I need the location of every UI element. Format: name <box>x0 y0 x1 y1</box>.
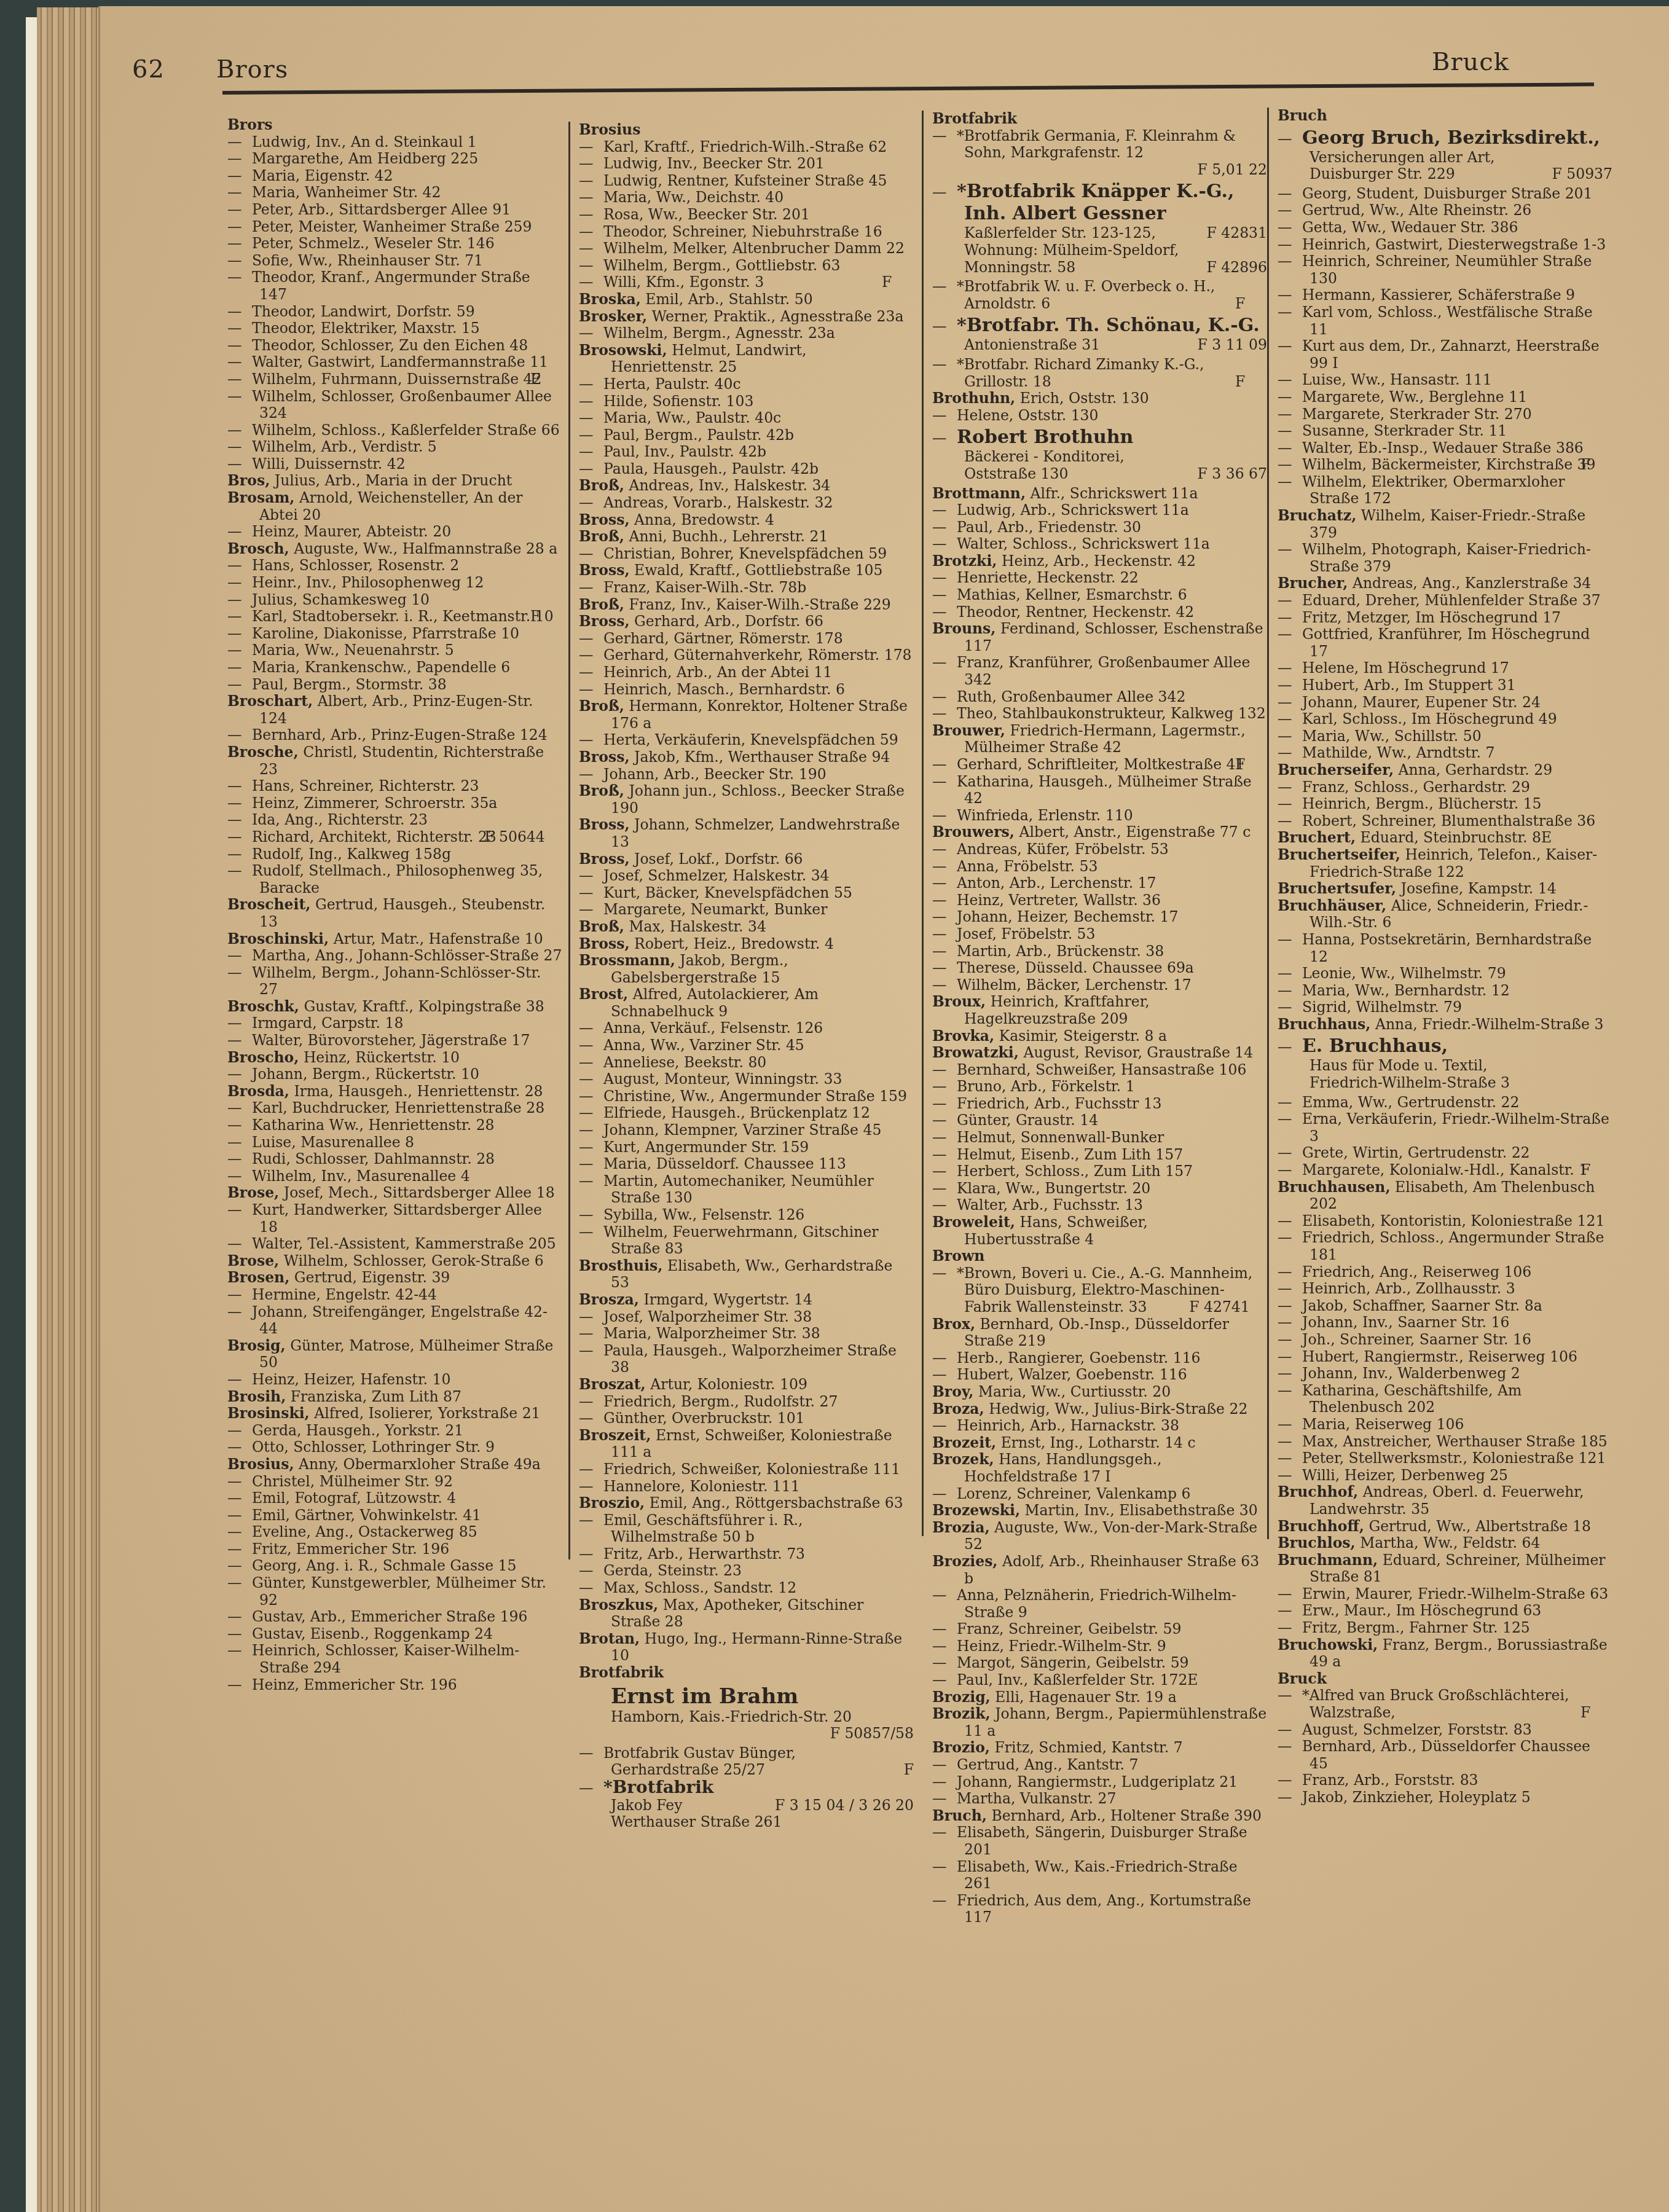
surname: Broza, <box>932 1400 984 1418</box>
ditto-dash: — <box>1278 610 1302 627</box>
entry-text: Anna, Gerhardstr. 29 <box>1394 761 1552 779</box>
ditto-dash: — <box>227 235 252 253</box>
list-item: —Katharina, Geschäftshilfe, Am Thelenbus… <box>1278 1382 1612 1416</box>
list-item: —Rosa, Ww., Beecker Str. 201 <box>579 206 914 224</box>
entry-text: Anna, Bredowstr. 4 <box>630 511 774 528</box>
surname-heading: Brown <box>932 1248 1267 1265</box>
ad-home: Wohnung: Mülheim-Speldorf, <box>932 242 1267 259</box>
entry-text: Alfred, Isolierer, Yorkstraße 21 <box>310 1405 541 1422</box>
entry-text: Walter, Eb.-Insp., Wedauer Straße 386 <box>1302 439 1584 457</box>
entry-text: Hermann, Kassierer, Schäferstraße 9 <box>1302 286 1575 304</box>
phone: F 42896 <box>1206 259 1267 276</box>
entry-text: Fritz, Emmericher Str. 196 <box>252 1540 449 1558</box>
list-item: Gerhardstraße 25/27F <box>579 1762 914 1779</box>
surname: Brosius, <box>227 1456 294 1473</box>
list-item: Brozik, Johann, Bergm., Papiermühlenstra… <box>932 1706 1267 1739</box>
list-item: Broschart, Albert, Arb., Prinz-Eugen-Str… <box>227 693 562 727</box>
ditto-dash: — <box>227 1236 252 1253</box>
list-item: —Ludwig, Inv., Beecker Str. 201 <box>579 155 914 173</box>
list-item: —Hannelore, Koloniestr. 111 <box>579 1478 914 1496</box>
surname: Broszat, <box>579 1376 646 1393</box>
ditto-dash: — <box>1278 711 1302 728</box>
entry-text: Josef, Schmelzer, Halskestr. 34 <box>603 867 830 884</box>
list-item: —Martha, Vulkanstr. 27 <box>932 1790 1267 1808</box>
list-item: —Bernhard, Arb., Düsseldorfer Chaussee 4… <box>1278 1738 1612 1772</box>
ditto-dash: — <box>1278 1433 1302 1451</box>
list-item: Brossmann, Jakob, Bergm., Gabelsbergerst… <box>579 952 914 986</box>
entry-text: Theodor, Rentner, Heckenstr. 42 <box>957 603 1194 621</box>
list-item: —Margot, Sängerin, Geibelstr. 59 <box>932 1655 1267 1672</box>
ditto-dash: — <box>1278 694 1302 712</box>
entry-text: Kurt aus dem, Dr., Zahnarzt, Heerstraße … <box>1302 337 1600 372</box>
list-item: —Wilhelm, Melker, Altenbrucher Damm 22 <box>579 240 914 257</box>
ditto-dash: — <box>932 1129 957 1147</box>
list-item: Brouwer, Friedrich-Hermann, Lagermstr., … <box>932 723 1267 756</box>
entry-text: Franz, Kaiser-Wilh.-Str. 78b <box>603 579 806 596</box>
ad-address: Friedrich-Wilhelm-Straße 3 <box>1278 1075 1612 1092</box>
list-item: Broß, Andreas, Inv., Halskestr. 34 <box>579 477 914 495</box>
phone: F 50937 <box>1552 166 1612 183</box>
list-item: Bruchmann, Eduard, Schreiner, Mülheimer … <box>1278 1552 1612 1586</box>
ditto-dash: — <box>579 1325 603 1343</box>
entry-text: Josef, Walporzheimer Str. 38 <box>603 1308 812 1325</box>
list-item: Brox, Bernhard, Ob.-Insp., Düsseldorfer … <box>932 1316 1267 1350</box>
surname: Brozek, <box>932 1451 994 1468</box>
entry-text: Friedrich, Ang., Reiserweg 106 <box>1302 1263 1531 1281</box>
list-item: —Julius, Schamkesweg 10 <box>227 592 562 609</box>
list-item: —Franz, Schloss., Gerhardstr. 29 <box>1278 779 1612 796</box>
entry-text: Heinrich, Schreiner, Neumühler Straße 13… <box>1302 253 1592 287</box>
entry-text: Günter, Kunstgewerbler, Mülheimer Str. 9… <box>252 1574 546 1609</box>
phone: F 3 15 04 / 3 26 20 <box>775 1797 914 1814</box>
ditto-dash: — <box>227 371 252 388</box>
ad-title: *Brotfabr. Th. Schönau, K.-G. <box>957 315 1260 336</box>
entry-text: Maria, Ww., Neuenahrstr. 5 <box>252 641 454 659</box>
list-item: —Christian, Bohrer, Knevelspfädchen 59 <box>579 546 914 563</box>
list-item: —Kurt, Handwerker, Sittardsberger Allee … <box>227 1202 562 1236</box>
list-item: —Gertrud, Ww., Alte Rheinstr. 26 <box>1278 202 1612 219</box>
list-item: —Anna, Pelznäherin, Friedrich-Wilhelm-St… <box>932 1587 1267 1621</box>
ditto-dash: — <box>932 1265 957 1282</box>
entry-text: Susanne, Sterkrader Str. 11 <box>1302 422 1507 439</box>
list-item: —Gertrud, Ang., Kantstr. 7 <box>932 1757 1267 1774</box>
ditto-dash: — <box>579 1207 603 1224</box>
list-item: —Getta, Ww., Wedauer Str. 386 <box>1278 219 1612 237</box>
entry-text: Johann, Inv., Saarner Str. 16 <box>1302 1314 1509 1331</box>
ditto-dash: — <box>1278 1789 1302 1806</box>
surname: Broszkus, <box>579 1596 658 1614</box>
ditto-dash: — <box>1278 440 1302 457</box>
entry-text: Grete, Wirtin, Gertrudenstr. 22 <box>1302 1144 1530 1161</box>
surname: Brotan, <box>579 1630 640 1647</box>
list-item: —Willi, Kfm., Egonstr. 3F <box>579 274 914 291</box>
entry-text: Gerda, Hausgeh., Yorkstr. 21 <box>252 1422 463 1439</box>
entry-text: Winfrieda, Erlenstr. 110 <box>957 807 1133 824</box>
entry-text: Johann, Rangiermstr., Ludgeriplatz 21 <box>957 1773 1238 1790</box>
list-item: —Wilhelm, Schloss., Kaßlerfelder Straße … <box>227 422 562 439</box>
ad-e-bruchhaus: —E. Bruchhaus, Haus für Mode u. Textil, … <box>1278 1035 1612 1091</box>
ditto-dash: — <box>579 206 603 224</box>
entry-text: Wilhelm, Inv., Masurenallee 4 <box>252 1167 470 1185</box>
list-item: —Gustav, Eisenb., Roggenkamp 24 <box>227 1626 562 1643</box>
ditto-dash: — <box>932 570 957 587</box>
surname: Brosker, <box>579 308 647 325</box>
entry-text: Robert, Schreiner, Blumenthalstraße 36 <box>1302 812 1595 829</box>
list-item: —Maria, Ww., Deichstr. 40 <box>579 189 914 206</box>
surname: Brossmann, <box>579 952 675 969</box>
list-item: —Hubert, Rangiermstr., Reiserweg 106 <box>1278 1349 1612 1366</box>
list-item: —Theodor, Landwirt, Dorfstr. 59 <box>227 304 562 321</box>
entry-text: Margarete, Ww., Berglehne 11 <box>1302 388 1527 406</box>
entry-text: Walter, Tel.-Assistent, Kammerstraße 205 <box>252 1235 556 1252</box>
entry-text: Johann, Bergm., Papiermühlenstraße 11 a <box>964 1705 1266 1739</box>
list-item: —Wilhelm, Arb., Verdistr. 5 <box>227 439 562 456</box>
list-item: —Klara, Ww., Bungertstr. 20 <box>932 1180 1267 1198</box>
list-item: —Friedrich, Aus dem, Ang., Kortumstraße … <box>932 1892 1267 1926</box>
entry-text: Sigrid, Wilhelmstr. 79 <box>1302 998 1462 1016</box>
entry-text: Max, Anstreicher, Werthauser Straße 185 <box>1302 1433 1608 1450</box>
list-item: —Heinz, Vertreter, Wallstr. 36 <box>932 892 1267 909</box>
ditto-dash: — <box>579 376 603 393</box>
ditto-dash: — <box>932 1147 957 1164</box>
ditto-dash: — <box>932 1638 957 1655</box>
entry-text: Anna, Friedr.-Wilhelm-Straße 3 <box>1371 1016 1604 1033</box>
entry-text: Elfriede, Hausgeh., Brückenplatz 12 <box>603 1104 870 1121</box>
entry-text: Helene, Im Höschegrund 17 <box>1302 659 1509 677</box>
list-item: Bross, Josef, Lokf., Dorfstr. 66 <box>579 851 914 868</box>
entry-text: Hermann, Konrektor, Holtener Straße 176 … <box>611 697 908 732</box>
ad-fey: —*Brotfabrik <box>579 1779 914 1797</box>
ad-address: Antonienstraße 31 <box>964 337 1100 354</box>
list-item: —Anneliese, Beekstr. 80 <box>579 1054 914 1072</box>
list-item: —Winfrieda, Erlenstr. 110 <box>932 807 1267 825</box>
ditto-dash: — <box>932 926 957 943</box>
entry-text: Peter, Meister, Wanheimer Straße 259 <box>252 218 532 235</box>
entry-text: Emil, Fotograf, Lützowstr. 4 <box>252 1489 456 1507</box>
list-item: —Ruth, Großenbaumer Allee 342 <box>932 689 1267 706</box>
list-item: —Emil, Gärtner, Vohwinkelstr. 41 <box>227 1507 562 1524</box>
ditto-dash: — <box>932 960 957 977</box>
entry-text: Friedrich, Bergm., Rudolfstr. 27 <box>603 1393 838 1410</box>
entry-text: Klara, Ww., Bungertstr. 20 <box>957 1180 1150 1197</box>
ditto-dash: — <box>579 1410 603 1427</box>
entry-text: Friedrich, Schweißer, Koloniestraße 111 <box>603 1461 900 1478</box>
entry-text: Lorenz, Schreiner, Valenkamp 6 <box>957 1485 1190 1502</box>
entry-text: Margarete, Neumarkt, Bunker <box>603 901 827 918</box>
list-item: —Hubert, Walzer, Goebenstr. 116 <box>932 1367 1267 1384</box>
entry-text: Irmgard, Carpstr. 18 <box>252 1014 403 1032</box>
ditto-dash: — <box>1278 1230 1302 1247</box>
entry-text: Anna, Ww., Varziner Str. 45 <box>603 1037 804 1054</box>
entry-text: Anna, Verkäuf., Felsenstr. 126 <box>603 1019 823 1037</box>
list-item: —Walter, Arb., Fuchsstr. 13 <box>932 1197 1267 1214</box>
surname: Bruchhausen, <box>1278 1179 1391 1196</box>
entry-text: Theodor, Schlosser, Zu den Eichen 48 <box>252 337 528 354</box>
list-item: Broszio, Emil, Ang., Röttgersbachstraße … <box>579 1495 914 1512</box>
ditto-dash: — <box>227 1609 252 1626</box>
list-item: Broß, Franz, Inv., Kaiser-Wilh.-Straße 2… <box>579 597 914 614</box>
entry-text: Heinz, Rückertstr. 10 <box>299 1049 460 1066</box>
ditto-dash: — <box>579 664 603 681</box>
entry-text: Henriette, Heckenstr. 22 <box>957 569 1139 586</box>
ditto-dash: — <box>1278 1738 1302 1755</box>
list-item: Broß, Max, Halskestr. 34 <box>579 919 914 936</box>
entry-text: Christian, Bohrer, Knevelspfädchen 59 <box>603 545 887 562</box>
list-item: —Susanne, Sterkrader Str. 11 <box>1278 423 1612 440</box>
ditto-dash: — <box>227 456 252 473</box>
surname: Brox, <box>932 1316 975 1333</box>
entry-text: Christel, Mülheimer Str. 92 <box>252 1473 453 1490</box>
entry-text: Getta, Ww., Wedauer Str. 386 <box>1302 219 1518 236</box>
ditto-dash: — <box>1278 1111 1302 1128</box>
entry-text: Mathilde, Ww., Arndtstr. 7 <box>1302 744 1494 761</box>
ad-address: Duisburger Str. 229 <box>1310 166 1455 183</box>
list-item: —Johann, Rangiermstr., Ludgeriplatz 21 <box>932 1774 1267 1791</box>
list-item: —Gerhard, Güternahverkehr, Römerstr. 178 <box>579 647 914 664</box>
ditto-dash: — <box>227 422 252 439</box>
ditto-dash: — <box>1278 626 1302 643</box>
entry-text: Friedrich-Hermann, Lagermstr., Mülheimer… <box>964 722 1246 756</box>
entry-text: Herta, Verkäuferin, Knevelspfädchen 59 <box>603 731 898 748</box>
ditto-dash: — <box>932 705 957 723</box>
entry-text: Christl, Studentin, Richterstraße 23 <box>259 743 544 778</box>
ditto-dash: — <box>1278 1620 1302 1637</box>
list-item: —Hilde, Sofienstr. 103 <box>579 393 914 410</box>
surname: Bross, <box>579 562 630 579</box>
ditto-dash: — <box>227 1151 252 1168</box>
list-item: —Herb., Rangierer, Goebenstr. 116 <box>932 1350 1267 1367</box>
surname: Broux, <box>932 993 986 1010</box>
entry-text: Wilhelm, Schloss., Kaßlerfelder Straße 6… <box>252 422 560 439</box>
list-item: —Friedrich, Bergm., Rudolfstr. 27 <box>579 1394 914 1411</box>
list-item: —Heinrich, Masch., Bernhardstr. 6 <box>579 681 914 699</box>
ditto-dash: — <box>1278 1687 1302 1704</box>
surname: Bruchhaus, <box>1278 1016 1371 1033</box>
entry-text: Artur, Matr., Hafenstraße 10 <box>329 930 543 947</box>
ad-zimanky: —*Brotfabr. Richard Zimanky K.-G., Grill… <box>932 356 1267 390</box>
entry-text: Heinz, Friedr.-Wilhelm-Str. 9 <box>957 1637 1166 1655</box>
list-item: Bruchertsufer, Josefine, Kampstr. 14 <box>1278 880 1612 898</box>
surname: Broß, <box>579 596 624 613</box>
entry-text: Johann, Maurer, Eupener Str. 24 <box>1302 694 1541 711</box>
phone: F <box>904 1762 914 1779</box>
list-item: —Gottfried, Kranführer, Im Höschegrund 1… <box>1278 626 1612 660</box>
list-item: —Paula, Hausgeh., Paulstr. 42b <box>579 461 914 478</box>
entry-text: Johann, Streifengänger, Engelstraße 42-4… <box>252 1303 548 1338</box>
ditto-dash: — <box>1278 219 1302 237</box>
list-item: —Wilhelm, Bäcker, Lerchenstr. 17 <box>932 977 1267 994</box>
entry-text: Hubert, Arb., Im Stuppert 31 <box>1302 677 1516 694</box>
ditto-dash: — <box>932 587 957 604</box>
ditto-dash: — <box>227 1473 252 1491</box>
list-item: —Heinz, Emmericher Str. 196 <box>227 1677 562 1694</box>
entry-text: Kurt, Handwerker, Sittardsberger Allee 1… <box>252 1201 542 1236</box>
surname: Brosza, <box>579 1291 639 1308</box>
surname: Brosen, <box>227 1269 289 1286</box>
list-item: —Margarete, Kolonialw.-Hdl., Kanalstr. 1… <box>1278 1162 1612 1179</box>
right-running-head: Bruck <box>1432 48 1509 76</box>
entry-text: Otto, Schlosser, Lothringer Str. 9 <box>252 1438 495 1456</box>
surname: Brost, <box>579 986 628 1003</box>
list-item: —Willi, Duissernstr. 42 <box>227 456 562 473</box>
entry-text: Herbert, Schloss., Zum Lith 157 <box>957 1163 1193 1180</box>
list-item: Broweleit, Hans, Schweißer, Hubertusstra… <box>932 1214 1267 1248</box>
entry-text: Bernhard, Arb., Düsseldorfer Chaussee 45 <box>1302 1738 1590 1772</box>
list-item: —Günter, Graustr. 14 <box>932 1112 1267 1129</box>
entry-text: Hermine, Engelstr. 42-44 <box>252 1286 437 1303</box>
entry-text: Adolf, Arb., Rheinhauser Straße 63 b <box>964 1553 1259 1587</box>
entry-text: Wilhelm, Schlosser, Großenbaumer Allee 3… <box>252 388 552 422</box>
entry-text: Karl vom, Schloss., Westfälische Straße … <box>1302 304 1593 338</box>
ditto-dash: — <box>579 325 603 342</box>
list-item: —Gustav, Arb., Emmericher Straße 196 <box>227 1609 562 1626</box>
list-item: —Maria, Reiserweg 106 <box>1278 1416 1612 1433</box>
entry-text: Maria, Ww., Bernhardstr. 12 <box>1302 982 1510 999</box>
list-item: —Maria, Ww., Neuenahrstr. 5 <box>227 642 562 659</box>
list-item: —Gerhard, Schriftleiter, Moltkestraße 41… <box>932 756 1267 774</box>
entry-text: Emil, Geschäftsführer i. R., Wilhelmstra… <box>603 1512 803 1546</box>
list-item: —Anna, Ww., Varziner Str. 45 <box>579 1037 914 1054</box>
ditto-dash: — <box>932 1180 957 1198</box>
ditto-dash: — <box>227 1117 252 1134</box>
surname: Brovka, <box>932 1027 994 1045</box>
ditto-dash: — <box>1278 304 1302 321</box>
list-item: —Fritz, Emmericher Str. 196 <box>227 1541 562 1558</box>
list-item: Brouwers, Albert, Anstr., Eigenstraße 77… <box>932 824 1267 841</box>
list-item: —Grete, Wirtin, Gertrudenstr. 22 <box>1278 1145 1612 1162</box>
ditto-dash: — <box>932 1418 957 1435</box>
list-item: —Ludwig, Arb., Schrickswert 11a <box>932 502 1267 519</box>
surname: Bruchowski, <box>1278 1636 1378 1653</box>
ditto-dash: — <box>579 1054 603 1072</box>
list-item: Brosch, Auguste, Ww., Halfmannstraße 28 … <box>227 541 562 558</box>
list-item: —Erna, Verkäuferin, Friedr.-Wilhelm-Stra… <box>1278 1111 1612 1145</box>
list-item: Bross, Robert, Heiz., Bredowstr. 4 <box>579 936 914 953</box>
list-item: —Willi, Heizer, Derbenweg 25 <box>1278 1467 1612 1484</box>
ditto-dash: — <box>579 274 603 291</box>
entry-text: Andreas, Küfer, Fröbelstr. 53 <box>957 841 1169 858</box>
list-item: —Ludwig, Rentner, Kufsteiner Straße 45 <box>579 173 914 190</box>
entry-text: Walter, Gastwirt, Landfermannstraße 11 <box>252 353 548 371</box>
entry-text: Wilhelm, Schlosser, Gerok-Straße 6 <box>279 1252 543 1269</box>
list-item: —Karl vom, Schloss., Westfälische Straße… <box>1278 304 1612 338</box>
list-item: —Günther, Overbruckstr. 101 <box>579 1410 914 1427</box>
list-item: Bruch, Bernhard, Arb., Holtener Straße 3… <box>932 1808 1267 1825</box>
ditto-dash: — <box>932 1486 957 1503</box>
entry-text: Hilde, Sofienstr. 103 <box>603 393 753 410</box>
list-item: —Karl, Kraftf., Friedrich-Wilh.-Straße 6… <box>579 139 914 156</box>
ditto-dash: — <box>227 1304 252 1321</box>
entry-text: Helene, Oststr. 130 <box>957 407 1099 424</box>
entry-text: Margarete, Sterkrader Str. 270 <box>1302 406 1532 423</box>
ad-ernst-im-brahm: Ernst im Brahm Hamborn, Kais.-Friedrich-… <box>579 1684 914 1743</box>
surname: Brothuhn, <box>932 390 1015 407</box>
list-item: Bruchatz, Wilhelm, Kaiser-Friedr.-Straße… <box>1278 508 1612 541</box>
entry-text: Bernhard, Arb., Holtener Straße 390 <box>987 1807 1262 1824</box>
list-item: —Georg, Ang. i. R., Schmale Gasse 15 <box>227 1558 562 1575</box>
list-item: —Heinz, Maurer, Abteistr. 20 <box>227 524 562 541</box>
entry-text: Paul, Bergm., Stormstr. 38 <box>252 676 447 693</box>
list-item: —Elisabeth, Ww., Kais.-Friedrich-Straße … <box>932 1859 1267 1892</box>
surname: Bruchlos, <box>1278 1534 1356 1551</box>
list-item: —Hubert, Arb., Im Stuppert 31 <box>1278 677 1612 694</box>
list-item: —Herbert, Schloss., Zum Lith 157 <box>932 1163 1267 1180</box>
list-item: —Therese, Düsseld. Chaussee 69a <box>932 960 1267 977</box>
list-item: —Theodor, Kranf., Angermunder Straße 147 <box>227 269 562 303</box>
ditto-dash: — <box>1278 1772 1302 1789</box>
surname: Bross, <box>579 850 630 868</box>
list-item: Brosowski, Helmut, Landwirt, Henriettens… <box>579 342 914 376</box>
surname: Brouns, <box>932 620 996 637</box>
entry-text: Franz, Arb., Forststr. 83 <box>1302 1771 1479 1789</box>
entry-text: Johann jun., Schloss., Beecker Straße 19… <box>611 782 905 817</box>
entry-text: Johann, Arb., Beecker Str. 190 <box>603 766 827 783</box>
ditto-dash: — <box>1278 338 1302 355</box>
ditto-dash: — <box>579 579 603 597</box>
list-item: —Hermann, Kassierer, Schäferstraße 9 <box>1278 287 1612 304</box>
ditto-dash: — <box>227 626 252 643</box>
surname: Brosowski, <box>579 342 667 359</box>
entry-text: Friedrich, Aus dem, Ang., Kortumstraße 1… <box>957 1892 1251 1926</box>
entry-text: Brotfabrik Gustav Bünger, <box>603 1744 796 1762</box>
ditto-dash: — <box>227 965 252 982</box>
ditto-dash: — <box>932 1112 957 1129</box>
ditto-dash: — <box>579 139 603 156</box>
ditto-dash: — <box>227 388 252 406</box>
entry-text: Gerhard, Arb., Dorfstr. 66 <box>630 613 823 630</box>
list-item: —Heinrich, Schreiner, Neumühler Straße 1… <box>1278 253 1612 287</box>
list-item: —Heinz, Friedr.-Wilhelm-Str. 9 <box>932 1638 1267 1655</box>
ditto-dash: — <box>1278 660 1302 677</box>
list-item: Broszkus, Max, Apotheker, Gitschiner Str… <box>579 1597 914 1631</box>
entry-text: Anny, Obermarxloher Straße 49a <box>294 1456 541 1473</box>
ditto-dash: — <box>932 1163 957 1180</box>
list-item: —Walter, Gastwirt, Landfermannstraße 11 <box>227 354 562 371</box>
list-item: Broscheit, Gertrud, Hausgeh., Steubenstr… <box>227 896 562 930</box>
list-item: Bross, Gerhard, Arb., Dorfstr. 66 <box>579 613 914 630</box>
ditto-dash: — <box>227 677 252 694</box>
list-item: —Heinrich, Schlosser, Kaiser-Wilhelm-Str… <box>227 1642 562 1676</box>
list-item: Brottmann, Alfr., Schrickswert 11a <box>932 485 1267 503</box>
ditto-dash: — <box>227 1490 252 1507</box>
list-item: —Johann, Arb., Beecker Str. 190 <box>579 766 914 783</box>
list-item: —Georg, Student, Duisburger Straße 201 <box>1278 186 1612 203</box>
list-item: —Friedrich, Schweißer, Koloniestraße 111 <box>579 1461 914 1478</box>
entry-text: Anna, Pelznäherin, Friedrich-Wilhelm-Str… <box>957 1586 1236 1621</box>
list-item: —Martin, Arb., Brückenstr. 38 <box>932 943 1267 960</box>
surname: Brozeit, <box>932 1434 996 1451</box>
list-item: —Helene, Oststr. 130 <box>932 407 1267 425</box>
entry-text: Gerhard, Schriftleiter, Moltkestraße 41 <box>957 756 1245 773</box>
entry-text: Joh., Schreiner, Saarner Str. 16 <box>1302 1331 1531 1348</box>
list-item: Broska, Emil, Arb., Stahlstr. 50 <box>579 291 914 308</box>
ditto-dash: — <box>579 630 603 648</box>
ditto-dash: — <box>1278 779 1302 796</box>
list-item: —Kurt, Bäcker, Knevelspfädchen 55 <box>579 885 914 902</box>
entry-text: Herta, Paulstr. 40c <box>603 375 741 393</box>
entry-text: Gerhardstraße 25/27 <box>611 1762 765 1779</box>
left-running-head: Brors <box>216 55 288 84</box>
list-item: —Heinz, Heizer, Hafenstr. 10 <box>227 1371 562 1389</box>
ditto-dash: — <box>579 901 603 919</box>
list-item: Bross, Jakob, Kfm., Werthauser Straße 94 <box>579 749 914 766</box>
entry-text: Johann, Heizer, Bechemstr. 17 <box>957 908 1178 925</box>
ditto-dash: — <box>579 1343 603 1360</box>
list-item: Brovka, Kasimir, Steigerstr. 8 a <box>932 1028 1267 1045</box>
ditto-dash: — <box>1278 1264 1302 1281</box>
ditto-dash: — <box>932 689 957 706</box>
list-item: Broschk, Gustav, Kraftf., Kolpingstraße … <box>227 998 562 1016</box>
